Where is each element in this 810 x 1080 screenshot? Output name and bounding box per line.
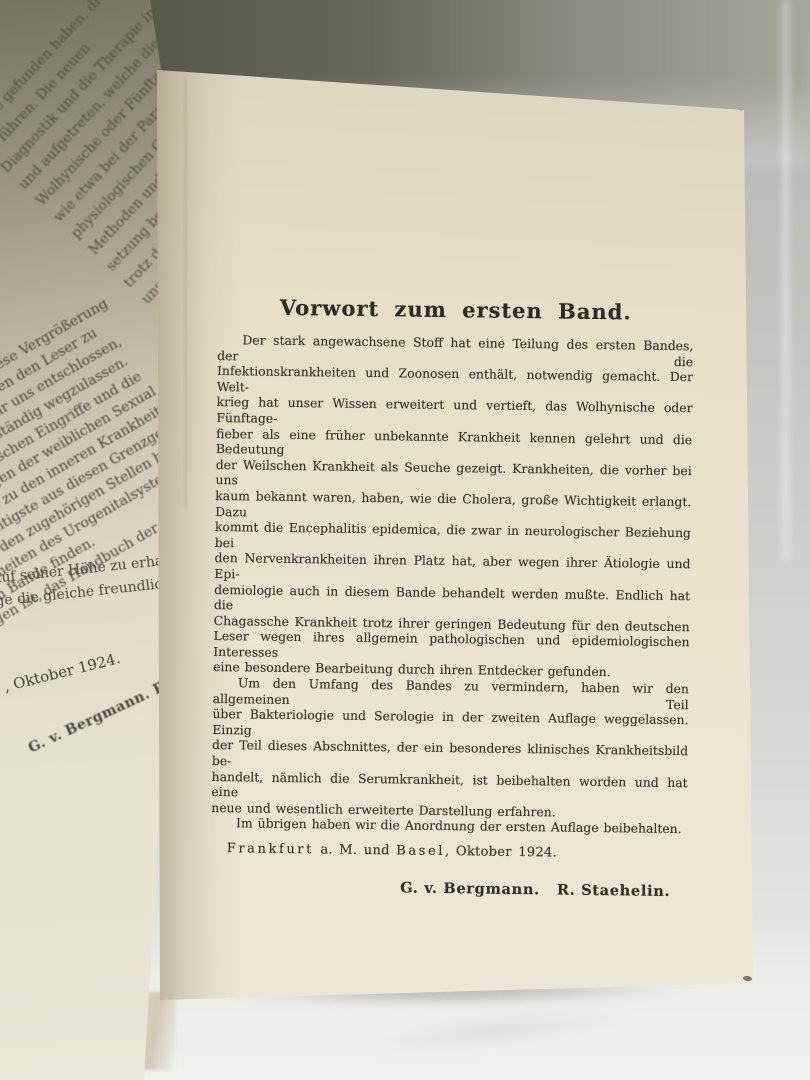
page-text-block: Vorwort zum ersten Band. Der stark angew…	[210, 294, 694, 900]
paragraph-2: Um den Umfang des Bandes zu vermindern, …	[211, 675, 689, 822]
signature-name-bergmann: G. v. Bergmann.	[400, 879, 540, 898]
paragraph-1: Der stark angewachsene Stoff hat eine Te…	[213, 332, 693, 681]
left-page-fore-edge	[801, 60, 808, 1020]
signature: G. v. Bergmann.R. Staehelin.	[210, 877, 686, 900]
dateline-middle: a. M. und	[314, 842, 396, 858]
left-page-dateline: , Oktober 1924.	[2, 649, 122, 695]
dateline: Frankfurt a. M. und Basel, Oktober 1924.	[211, 841, 687, 862]
dateline-city-basel: Basel	[396, 843, 445, 859]
dateline-tail: , Oktober 1924.	[445, 844, 557, 860]
dateline-city-frankfurt: Frankfurt	[227, 841, 314, 857]
page-title: Vorwort zum ersten Band.	[218, 294, 694, 325]
book-photo: nahme gefunden haben, diezu führen. Die …	[0, 0, 810, 1080]
signature-name-staehelin: R. Staehelin.	[557, 881, 671, 899]
background-wall-fold	[778, 0, 794, 560]
page-corner-speck-bottom	[743, 975, 753, 981]
page-crease	[184, 78, 187, 508]
